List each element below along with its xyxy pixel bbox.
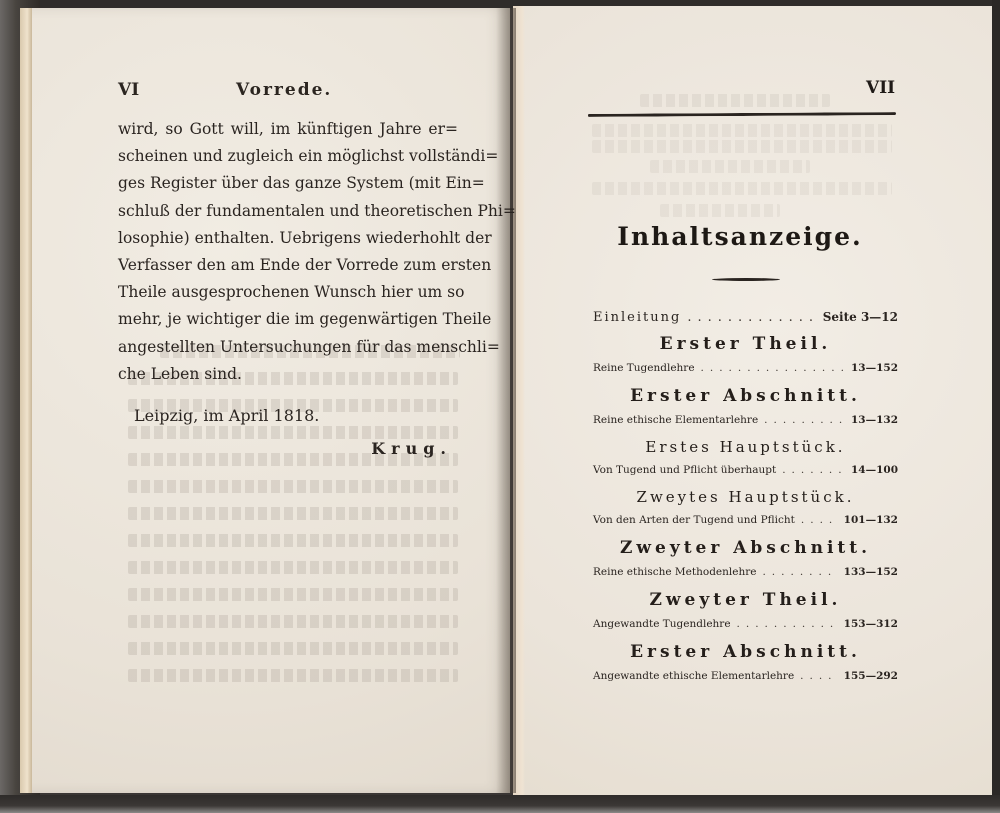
toc-entry-label: Reine Tugendlehre: [593, 362, 695, 374]
text-line: losophie) enthalten. Uebrigens wiederhoh…: [118, 225, 458, 252]
dot-leader: ........................................…: [800, 670, 838, 682]
running-head-title: Vorrede.: [236, 80, 332, 100]
bleed-line: [128, 561, 458, 574]
toc-section-heading: Erstes Hauptstück.: [593, 438, 898, 464]
text-line: schluß der fundamentalen und theoretisch…: [118, 198, 458, 225]
running-header: VI Vorrede.: [118, 80, 458, 110]
toc-entry-pages: 14—100: [851, 464, 898, 476]
toc-entry-label: Angewandte Tugendlehre: [593, 618, 731, 630]
text-line: mehr, je wichtiger die im gegenwärtigen …: [118, 306, 458, 333]
toc-entry-label: Reine ethische Elementarlehre: [593, 414, 758, 426]
toc-entry-pages: Seite 3—12: [823, 310, 898, 324]
text-line: ges Register über das ganze System (mit …: [118, 170, 458, 197]
book-cover-bottom: [0, 795, 1000, 813]
toc-entry: Angewandte ethische Elementarlehre......…: [593, 670, 898, 694]
bleed-line: [640, 94, 830, 107]
toc-entry-pages: 133—152: [844, 566, 898, 578]
toc-entry: Angewandte Tugendlehre..................…: [593, 618, 898, 642]
toc-entry: Reine Tugendlehre.......................…: [593, 362, 898, 386]
page-number-right: VII: [866, 78, 895, 98]
bleed-line: [128, 642, 458, 655]
bleed-line: [592, 182, 892, 195]
toc-section-heading: Zweyter Theil.: [593, 590, 898, 618]
bleed-line: [128, 588, 458, 601]
toc-entry-label: Von Tugend und Pflicht überhaupt: [593, 464, 776, 476]
toc-entry-label: Einleitung: [593, 310, 681, 325]
bleed-line: [128, 480, 458, 493]
dot-leader: ........................................…: [801, 514, 838, 526]
page-title: Inhaltsanzeige.: [560, 222, 920, 251]
toc-entry: Reine ethische Methodenlehre............…: [593, 566, 898, 590]
bleed-line: [128, 615, 458, 628]
dot-leader: ........................................…: [737, 618, 838, 630]
dot-leader: ........................................…: [782, 464, 845, 476]
text-line: Theile ausgesprochenen Wunsch hier um so: [118, 279, 458, 306]
toc-section-heading: Erster Abschnitt.: [593, 386, 898, 414]
toc-section-heading: Erster Theil.: [593, 334, 898, 362]
gutter-shadow: [496, 8, 516, 793]
text-line: Verfasser den am Ende der Vorrede zum er…: [118, 252, 458, 279]
dot-leader: ........................................…: [762, 566, 837, 578]
text-line: wird, so Gott will, im künftigen Jahre e…: [118, 116, 458, 143]
toc-entry-pages: 13—152: [851, 362, 898, 374]
text-line: scheinen und zugleich ein möglichst voll…: [118, 143, 458, 170]
dot-leader: ........................................…: [701, 362, 845, 374]
book-cover-right: [992, 0, 1000, 813]
text-line: angestellten Untersuchungen für das mens…: [118, 334, 458, 361]
toc-entry-pages: 153—312: [844, 618, 898, 630]
bleed-line: [592, 140, 892, 153]
dot-leader: ........................................…: [687, 310, 816, 325]
toc-entry: Von den Arten der Tugend und Pflicht....…: [593, 514, 898, 538]
page-edges-left: [20, 8, 32, 793]
place-date: Leipzig, im April 1818.: [134, 406, 458, 425]
toc-entry: Von Tugend und Pflicht überhaupt........…: [593, 464, 898, 488]
toc-section-heading: Erster Abschnitt.: [593, 642, 898, 670]
toc-section-heading: Zweytes Hauptstück.: [593, 488, 898, 514]
table-of-contents: Einleitung..............................…: [593, 310, 898, 694]
bleed-line: [650, 160, 810, 173]
toc-entry: Reine ethische Elementarlehre...........…: [593, 414, 898, 438]
dot-leader: ........................................…: [764, 414, 845, 426]
bleed-line: [592, 124, 892, 137]
toc-entry-label: Von den Arten der Tugend und Pflicht: [593, 514, 795, 526]
bleed-line: [128, 534, 458, 547]
toc-entry-pages: 155—292: [844, 670, 898, 682]
preface-text: wird, so Gott will, im künftigen Jahre e…: [118, 116, 458, 388]
toc-entry-pages: 101—132: [844, 514, 898, 526]
toc-entry-label: Reine ethische Methodenlehre: [593, 566, 756, 578]
author-signature: Krug.: [118, 439, 458, 458]
toc-entry-pages: 13—132: [851, 414, 898, 426]
toc-section-heading: Zweyter Abschnitt.: [593, 538, 898, 566]
ornament-divider: [712, 278, 780, 281]
page-number: VI: [118, 80, 139, 100]
bleed-line: [660, 204, 780, 217]
bleed-line: [128, 669, 458, 682]
toc-entry: Einleitung..............................…: [593, 310, 898, 334]
left-page-content: VI Vorrede. wird, so Gott will, im künft…: [118, 80, 458, 458]
text-line: che Leben sind.: [118, 361, 458, 388]
bleed-line: [128, 507, 458, 520]
toc-entry-label: Angewandte ethische Elementarlehre: [593, 670, 794, 682]
